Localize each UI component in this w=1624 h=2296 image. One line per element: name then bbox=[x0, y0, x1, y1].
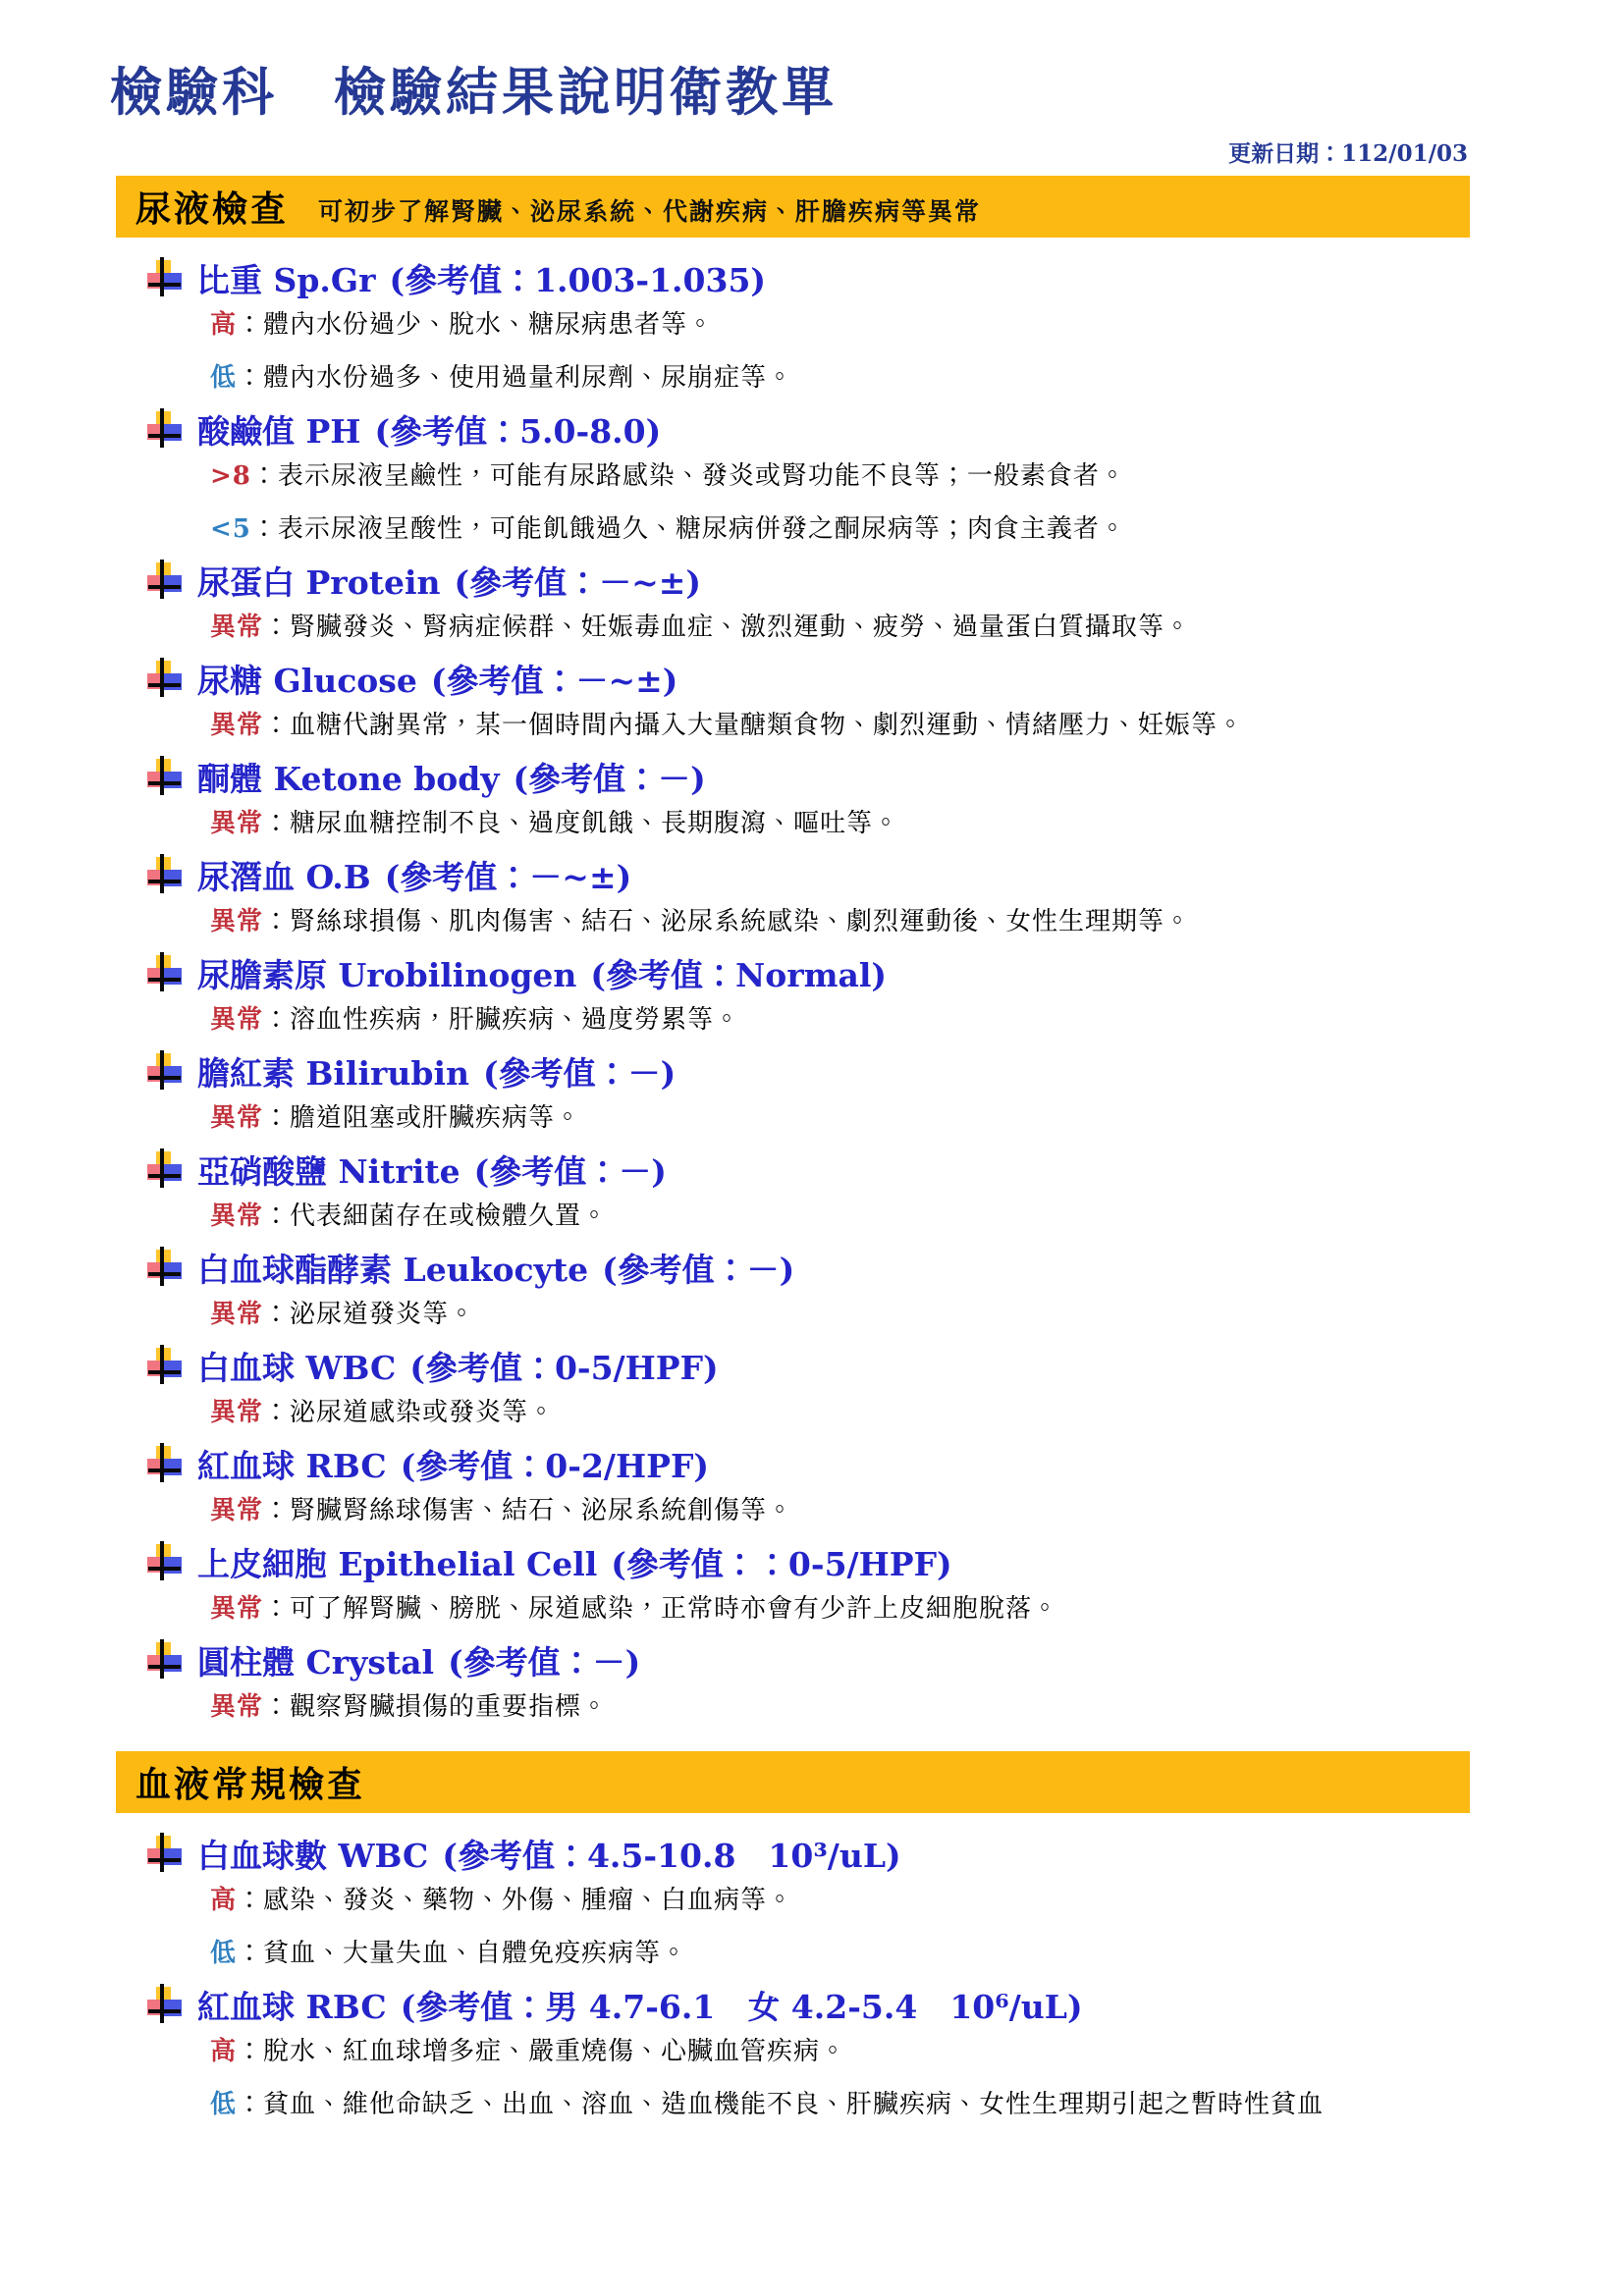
test-item-heading: 白血球數 WBC (參考值：4.5-10.8 10³/uL) bbox=[147, 1831, 1470, 1876]
test-notes: >8：表示尿液呈鹼性，可能有尿路感染、發炎或腎功能不良等；一般素食者。 <5：表… bbox=[147, 457, 1470, 548]
bullet-blue-square bbox=[163, 1262, 182, 1279]
test-item-heading: 尿蛋白 Protein (參考值：－~±) bbox=[147, 558, 1470, 603]
section: 尿液檢查 可初步了解腎臟、泌尿系統、代謝疾病、肝膽疾病等異常 比重 Sp.Gr … bbox=[116, 176, 1470, 1726]
cross-squares-bullet-icon bbox=[147, 408, 182, 450]
note-line: 異常：觀察腎臟損傷的重要指標。 bbox=[210, 1688, 1470, 1726]
section-items: 白血球數 WBC (參考值：4.5-10.8 10³/uL) 高：感染、發炎、藥… bbox=[116, 1813, 1470, 2123]
test-name: 紅血球 RBC bbox=[197, 1982, 387, 2028]
note-label: 低 bbox=[210, 1939, 237, 1968]
test-ref: (參考值：5.0-8.0) bbox=[374, 406, 661, 453]
test-name: 尿潛血 O.B bbox=[197, 852, 371, 898]
update-date: 更新日期：112/01/03 bbox=[116, 135, 1468, 168]
note-label: 低 bbox=[210, 363, 237, 393]
bullet-cross-vertical bbox=[160, 1050, 164, 1090]
test-item: 尿潛血 O.B (參考值：－~±) 異常：腎絲球損傷、肌肉傷害、結石、泌尿系統感… bbox=[147, 852, 1470, 940]
bullet-cross-horizontal bbox=[148, 1272, 181, 1276]
bullet-blue-square bbox=[163, 424, 182, 441]
note-text: ：貧血、大量失血、自體免疫疾病等。 bbox=[237, 1939, 687, 1968]
note-label: 異常 bbox=[210, 1692, 263, 1722]
test-item-heading: 紅血球 RBC (參考值：0-2/HPF) bbox=[147, 1441, 1470, 1486]
cross-squares-bullet-icon bbox=[147, 1541, 182, 1582]
test-ref: (參考值：－~±) bbox=[454, 558, 701, 604]
note-label: 異常 bbox=[210, 1005, 263, 1035]
bullet-cross-horizontal bbox=[148, 880, 181, 883]
note-line: >8：表示尿液呈鹼性，可能有尿路感染、發炎或腎功能不良等；一般素食者。 bbox=[210, 457, 1470, 495]
test-name: 尿蛋白 Protein bbox=[197, 558, 440, 604]
cross-squares-bullet-icon bbox=[147, 1984, 182, 2025]
cross-squares-bullet-icon bbox=[147, 1443, 182, 1484]
bullet-cross-horizontal bbox=[148, 1665, 181, 1669]
test-item: 白血球 WBC (參考值：0-5/HPF) 異常：泌尿道感染或發炎等。 bbox=[147, 1343, 1470, 1431]
bullet-cross-vertical bbox=[160, 408, 164, 448]
note-label: 異常 bbox=[210, 1594, 263, 1624]
cross-squares-bullet-icon bbox=[147, 854, 182, 895]
note-line: 低：貧血、維他命缺乏、出血、溶血、造血機能不良、肝臟疾病、女性生理期引起之暫時性… bbox=[210, 2086, 1470, 2123]
test-item-heading: 酸鹼值 PH (參考值：5.0-8.0) bbox=[147, 406, 1470, 452]
note-text: ：觀察腎臟損傷的重要指標。 bbox=[263, 1692, 608, 1722]
test-item-heading: 比重 Sp.Gr (參考值：1.003-1.035) bbox=[147, 255, 1470, 300]
test-item: 圓柱體 Crystal (參考值：－) 異常：觀察腎臟損傷的重要指標。 bbox=[147, 1637, 1470, 1726]
bullet-cross-horizontal bbox=[148, 585, 181, 589]
test-item: 尿蛋白 Protein (參考值：－~±) 異常：腎臟發炎、腎病症候群、妊娠毒血… bbox=[147, 558, 1470, 646]
test-name: 膽紅素 Bilirubin bbox=[197, 1048, 469, 1095]
bullet-cross-horizontal bbox=[148, 2009, 181, 2013]
section-title: 尿液檢查 bbox=[135, 182, 289, 232]
test-notes: 異常：血糖代謝異常，某一個時間內攝入大量醣類食物、劇烈運動、情緒壓力、妊娠等。 bbox=[147, 707, 1470, 744]
test-item-heading: 上皮細胞 Epithelial Cell (參考值：：0-5/HPF) bbox=[147, 1539, 1470, 1584]
cross-squares-bullet-icon bbox=[147, 1247, 182, 1288]
cross-squares-bullet-icon bbox=[147, 756, 182, 797]
test-name: 上皮細胞 Epithelial Cell bbox=[197, 1539, 597, 1585]
bullet-cross-vertical bbox=[160, 1345, 164, 1384]
cross-squares-bullet-icon bbox=[147, 952, 182, 993]
cross-squares-bullet-icon bbox=[147, 560, 182, 601]
test-item: 白血球數 WBC (參考值：4.5-10.8 10³/uL) 高：感染、發炎、藥… bbox=[147, 1831, 1470, 1972]
test-notes: 異常：腎臟發炎、腎病症候群、妊娠毒血症、激烈運動、疲勞、過量蛋白質攝取等。 bbox=[147, 609, 1470, 646]
bullet-cross-horizontal bbox=[148, 1174, 181, 1178]
note-label: 高 bbox=[210, 1886, 237, 1915]
test-name: 比重 Sp.Gr bbox=[197, 255, 375, 301]
bullet-cross-horizontal bbox=[148, 1076, 181, 1080]
cross-squares-bullet-icon bbox=[147, 1639, 182, 1681]
cross-squares-bullet-icon bbox=[147, 658, 182, 699]
test-notes: 高：感染、發炎、藥物、外傷、腫瘤、白血病等。 低：貧血、大量失血、自體免疫疾病等… bbox=[147, 1882, 1470, 1972]
note-line: 低：體內水份過多、使用過量利尿劑、尿崩症等。 bbox=[210, 359, 1470, 397]
test-item-heading: 白血球 WBC (參考值：0-5/HPF) bbox=[147, 1343, 1470, 1388]
note-text: ：溶血性疾病，肝臟疾病、過度勞累等。 bbox=[263, 1005, 740, 1035]
test-ref: (參考值：男 4.7-6.1 女 4.2-5.4 10⁶/uL) bbox=[401, 1982, 1083, 2028]
test-ref: (參考值：4.5-10.8 10³/uL) bbox=[442, 1831, 900, 1877]
test-item: 紅血球 RBC (參考值：男 4.7-6.1 女 4.2-5.4 10⁶/uL)… bbox=[147, 1982, 1470, 2123]
test-item-heading: 尿糖 Glucose (參考值：－~±) bbox=[147, 656, 1470, 701]
test-notes: 異常：觀察腎臟損傷的重要指標。 bbox=[147, 1688, 1470, 1726]
note-line: 異常：可了解腎臟、膀胱、尿道感染，正常時亦會有少許上皮細胞脫落。 bbox=[210, 1590, 1470, 1628]
test-notes: 高：體內水份過少、脫水、糖尿病患者等。 低：體內水份過多、使用過量利尿劑、尿崩症… bbox=[147, 306, 1470, 397]
note-line: 異常：泌尿道感染或發炎等。 bbox=[210, 1394, 1470, 1431]
bullet-cross-vertical bbox=[160, 658, 164, 697]
sections: 尿液檢查 可初步了解腎臟、泌尿系統、代謝疾病、肝膽疾病等異常 比重 Sp.Gr … bbox=[116, 176, 1470, 2123]
note-text: ：泌尿道發炎等。 bbox=[263, 1300, 475, 1329]
test-name: 白血球 WBC bbox=[197, 1343, 396, 1389]
note-line: 異常：膽道阻塞或肝臟疾病等。 bbox=[210, 1099, 1470, 1137]
note-text: ：泌尿道感染或發炎等。 bbox=[263, 1398, 555, 1427]
note-label: 異常 bbox=[210, 1496, 263, 1525]
note-line: 高：脫水、紅血球增多症、嚴重燒傷、心臟血管疾病。 bbox=[210, 2033, 1470, 2070]
section: 血液常規檢查 白血球數 WBC (參考值：4.5-10.8 10³/uL) 高：… bbox=[116, 1751, 1470, 2123]
note-text: ：貧血、維他命缺乏、出血、溶血、造血機能不良、肝臟疾病、女性生理期引起之暫時性貧… bbox=[237, 2090, 1324, 2119]
bullet-blue-square bbox=[163, 673, 182, 690]
bullet-cross-vertical bbox=[160, 1148, 164, 1188]
test-ref: (參考值：－) bbox=[514, 754, 706, 800]
test-item: 上皮細胞 Epithelial Cell (參考值：：0-5/HPF) 異常：可… bbox=[147, 1539, 1470, 1628]
test-notes: 異常：膽道阻塞或肝臟疾病等。 bbox=[147, 1099, 1470, 1137]
bullet-cross-horizontal bbox=[148, 283, 181, 287]
test-name: 酸鹼值 PH bbox=[197, 406, 360, 453]
test-item: 紅血球 RBC (參考值：0-2/HPF) 異常：腎臟腎絲球傷害、結石、泌尿系統… bbox=[147, 1441, 1470, 1529]
note-line: 低：貧血、大量失血、自體免疫疾病等。 bbox=[210, 1935, 1470, 1972]
bullet-cross-horizontal bbox=[148, 978, 181, 982]
note-label: 異常 bbox=[210, 1398, 263, 1427]
note-text: ：腎絲球損傷、肌肉傷害、結石、泌尿系統感染、劇烈運動後、女性生理期等。 bbox=[263, 907, 1191, 936]
test-ref: (參考值：－) bbox=[448, 1637, 640, 1683]
test-item: 酸鹼值 PH (參考值：5.0-8.0) >8：表示尿液呈鹼性，可能有尿路感染、… bbox=[147, 406, 1470, 548]
test-item-heading: 白血球酯酵素 Leukocyte (參考值：－) bbox=[147, 1245, 1470, 1290]
bullet-blue-square bbox=[163, 1655, 182, 1672]
test-item-heading: 紅血球 RBC (參考值：男 4.7-6.1 女 4.2-5.4 10⁶/uL) bbox=[147, 1982, 1470, 2027]
test-name: 尿膽素原 Urobilinogen bbox=[197, 950, 576, 996]
test-item-heading: 酮體 Ketone body (參考值：－) bbox=[147, 754, 1470, 799]
note-label: 低 bbox=[210, 2090, 237, 2119]
note-line: 異常：腎臟發炎、腎病症候群、妊娠毒血症、激烈運動、疲勞、過量蛋白質攝取等。 bbox=[210, 609, 1470, 646]
note-label: <5 bbox=[210, 514, 251, 544]
cross-squares-bullet-icon bbox=[147, 1050, 182, 1092]
test-item: 膽紅素 Bilirubin (參考值：－) 異常：膽道阻塞或肝臟疾病等。 bbox=[147, 1048, 1470, 1137]
note-line: 異常：血糖代謝異常，某一個時間內攝入大量醣類食物、劇烈運動、情緒壓力、妊娠等。 bbox=[210, 707, 1470, 744]
bullet-cross-horizontal bbox=[148, 1468, 181, 1472]
test-ref: (參考值：1.003-1.035) bbox=[389, 255, 766, 301]
bullet-cross-horizontal bbox=[148, 434, 181, 438]
bullet-cross-vertical bbox=[160, 257, 164, 296]
test-notes: 異常：溶血性疾病，肝臟疾病、過度勞累等。 bbox=[147, 1001, 1470, 1039]
bullet-blue-square bbox=[163, 1164, 182, 1181]
note-label: 異常 bbox=[210, 1103, 263, 1133]
test-ref: (參考值：－) bbox=[602, 1245, 794, 1291]
bullet-cross-vertical bbox=[160, 952, 164, 991]
test-item: 白血球酯酵素 Leukocyte (參考值：－) 異常：泌尿道發炎等。 bbox=[147, 1245, 1470, 1333]
test-name: 圓柱體 Crystal bbox=[197, 1637, 434, 1683]
bullet-cross-vertical bbox=[160, 1443, 164, 1482]
bullet-blue-square bbox=[163, 968, 182, 985]
note-line: 異常：溶血性疾病，肝臟疾病、過度勞累等。 bbox=[210, 1001, 1470, 1039]
test-ref: (參考值：－) bbox=[483, 1048, 676, 1095]
test-item: 酮體 Ketone body (參考值：－) 異常：糖尿血糖控制不良、過度飢餓、… bbox=[147, 754, 1470, 842]
bullet-blue-square bbox=[163, 772, 182, 788]
test-notes: 異常：腎臟腎絲球傷害、結石、泌尿系統創傷等。 bbox=[147, 1492, 1470, 1529]
note-line: 高：體內水份過少、脫水、糖尿病患者等。 bbox=[210, 306, 1470, 344]
note-text: ：代表細菌存在或檢體久置。 bbox=[263, 1201, 608, 1231]
test-ref: (參考值：－) bbox=[474, 1147, 667, 1193]
bullet-blue-square bbox=[163, 1066, 182, 1083]
test-notes: 異常：可了解腎臟、膀胱、尿道感染，正常時亦會有少許上皮細胞脫落。 bbox=[147, 1590, 1470, 1628]
cross-squares-bullet-icon bbox=[147, 1833, 182, 1874]
test-item-heading: 尿潛血 O.B (參考值：－~±) bbox=[147, 852, 1470, 897]
note-line: 異常：泌尿道發炎等。 bbox=[210, 1296, 1470, 1333]
note-text: ：糖尿血糖控制不良、過度飢餓、長期腹瀉、嘔吐等。 bbox=[263, 809, 899, 838]
test-item: 尿膽素原 Urobilinogen (參考值：Normal) 異常：溶血性疾病，… bbox=[147, 950, 1470, 1039]
bullet-cross-vertical bbox=[160, 1639, 164, 1679]
bullet-cross-vertical bbox=[160, 854, 164, 893]
test-name: 白血球酯酵素 Leukocyte bbox=[197, 1245, 588, 1291]
note-text: ：體內水份過多、使用過量利尿劑、尿崩症等。 bbox=[237, 363, 793, 393]
note-label: 異常 bbox=[210, 613, 263, 642]
bullet-cross-vertical bbox=[160, 756, 164, 795]
cross-squares-bullet-icon bbox=[147, 1345, 182, 1386]
test-item: 尿糖 Glucose (參考值：－~±) 異常：血糖代謝異常，某一個時間內攝入大… bbox=[147, 656, 1470, 744]
test-item: 比重 Sp.Gr (參考值：1.003-1.035) 高：體內水份過少、脫水、糖… bbox=[147, 255, 1470, 397]
bullet-blue-square bbox=[163, 1848, 182, 1865]
document-page: 檢驗科 檢驗結果說明衛教單 更新日期：112/01/03 尿液檢查 可初步了解腎… bbox=[0, 0, 1624, 2296]
bullet-cross-vertical bbox=[160, 560, 164, 599]
note-text: ：可了解腎臟、膀胱、尿道感染，正常時亦會有少許上皮細胞脫落。 bbox=[263, 1594, 1058, 1624]
note-line: 異常：代表細菌存在或檢體久置。 bbox=[210, 1198, 1470, 1235]
note-text: ：血糖代謝異常，某一個時間內攝入大量醣類食物、劇烈運動、情緒壓力、妊娠等。 bbox=[263, 711, 1244, 740]
bullet-blue-square bbox=[163, 2000, 182, 2016]
note-label: 高 bbox=[210, 310, 237, 340]
document-content: 檢驗科 檢驗結果說明衛教單 更新日期：112/01/03 尿液檢查 可初步了解腎… bbox=[116, 0, 1470, 2123]
bullet-cross-horizontal bbox=[148, 1858, 181, 1862]
cross-squares-bullet-icon bbox=[147, 1148, 182, 1190]
note-label: 異常 bbox=[210, 1201, 263, 1231]
test-ref: (參考值：－~±) bbox=[385, 852, 632, 898]
test-name: 白血球數 WBC bbox=[197, 1831, 428, 1877]
note-text: ：表示尿液呈酸性，可能飢餓過久、糖尿病併發之酮尿病等；肉食主義者。 bbox=[251, 514, 1126, 544]
note-text: ：膽道阻塞或肝臟疾病等。 bbox=[263, 1103, 581, 1133]
note-label: 異常 bbox=[210, 1300, 263, 1329]
cross-squares-bullet-icon bbox=[147, 257, 182, 298]
test-ref: (參考值：：0-5/HPF) bbox=[611, 1539, 951, 1585]
note-line: 異常：腎臟腎絲球傷害、結石、泌尿系統創傷等。 bbox=[210, 1492, 1470, 1529]
section-subtitle: 可初步了解腎臟、泌尿系統、代謝疾病、肝膽疾病等異常 bbox=[318, 192, 981, 228]
section-header-bar: 尿液檢查 可初步了解腎臟、泌尿系統、代謝疾病、肝膽疾病等異常 bbox=[116, 176, 1470, 238]
page-title: 檢驗科 檢驗結果說明衛教單 bbox=[110, 0, 1470, 126]
test-name: 酮體 Ketone body bbox=[197, 754, 500, 800]
bullet-blue-square bbox=[163, 1459, 182, 1475]
test-ref: (參考值：0-5/HPF) bbox=[409, 1343, 718, 1389]
note-label: >8 bbox=[210, 461, 251, 491]
test-notes: 高：脫水、紅血球增多症、嚴重燒傷、心臟血管疾病。 低：貧血、維他命缺乏、出血、溶… bbox=[147, 2033, 1470, 2123]
test-notes: 異常：泌尿道感染或發炎等。 bbox=[147, 1394, 1470, 1431]
test-item-heading: 圓柱體 Crystal (參考值：－) bbox=[147, 1637, 1470, 1682]
test-ref: (參考值：0-2/HPF) bbox=[401, 1441, 709, 1487]
test-name: 亞硝酸鹽 Nitrite bbox=[197, 1147, 460, 1193]
note-label: 異常 bbox=[210, 711, 263, 740]
test-name: 尿糖 Glucose bbox=[197, 656, 417, 702]
note-line: 異常：腎絲球損傷、肌肉傷害、結石、泌尿系統感染、劇烈運動後、女性生理期等。 bbox=[210, 903, 1470, 940]
test-notes: 異常：腎絲球損傷、肌肉傷害、結石、泌尿系統感染、劇烈運動後、女性生理期等。 bbox=[147, 903, 1470, 940]
section-title: 血液常規檢查 bbox=[135, 1757, 365, 1807]
bullet-cross-vertical bbox=[160, 1984, 164, 2023]
bullet-blue-square bbox=[163, 1361, 182, 1377]
note-line: <5：表示尿液呈酸性，可能飢餓過久、糖尿病併發之酮尿病等；肉食主義者。 bbox=[210, 510, 1470, 548]
bullet-cross-horizontal bbox=[148, 1567, 181, 1571]
section-header-bar: 血液常規檢查 bbox=[116, 1751, 1470, 1813]
bullet-blue-square bbox=[163, 273, 182, 290]
test-name: 紅血球 RBC bbox=[197, 1441, 387, 1487]
bullet-blue-square bbox=[163, 575, 182, 592]
test-notes: 異常：糖尿血糖控制不良、過度飢餓、長期腹瀉、嘔吐等。 bbox=[147, 805, 1470, 842]
bullet-cross-horizontal bbox=[148, 781, 181, 785]
test-item: 亞硝酸鹽 Nitrite (參考值：－) 異常：代表細菌存在或檢體久置。 bbox=[147, 1147, 1470, 1235]
note-label: 異常 bbox=[210, 907, 263, 936]
note-text: ：表示尿液呈鹼性，可能有尿路感染、發炎或腎功能不良等；一般素食者。 bbox=[251, 461, 1126, 491]
note-line: 異常：糖尿血糖控制不良、過度飢餓、長期腹瀉、嘔吐等。 bbox=[210, 805, 1470, 842]
bullet-cross-vertical bbox=[160, 1247, 164, 1286]
test-item-heading: 尿膽素原 Urobilinogen (參考值：Normal) bbox=[147, 950, 1470, 995]
test-ref: (參考值：－~±) bbox=[431, 656, 678, 702]
bullet-cross-horizontal bbox=[148, 683, 181, 687]
test-item-heading: 膽紅素 Bilirubin (參考值：－) bbox=[147, 1048, 1470, 1094]
test-ref: (參考值：Normal) bbox=[590, 950, 887, 996]
note-label: 異常 bbox=[210, 809, 263, 838]
note-text: ：脫水、紅血球增多症、嚴重燒傷、心臟血管疾病。 bbox=[237, 2037, 846, 2066]
bullet-cross-vertical bbox=[160, 1541, 164, 1580]
note-line: 高：感染、發炎、藥物、外傷、腫瘤、白血病等。 bbox=[210, 1882, 1470, 1919]
section-items: 比重 Sp.Gr (參考值：1.003-1.035) 高：體內水份過少、脫水、糖… bbox=[116, 238, 1470, 1726]
bullet-cross-vertical bbox=[160, 1833, 164, 1872]
bullet-cross-horizontal bbox=[148, 1370, 181, 1374]
test-item-heading: 亞硝酸鹽 Nitrite (參考值：－) bbox=[147, 1147, 1470, 1192]
test-notes: 異常：代表細菌存在或檢體久置。 bbox=[147, 1198, 1470, 1235]
note-text: ：體內水份過少、脫水、糖尿病患者等。 bbox=[237, 310, 714, 340]
bullet-blue-square bbox=[163, 870, 182, 886]
note-text: ：腎臟發炎、腎病症候群、妊娠毒血症、激烈運動、疲勞、過量蛋白質攝取等。 bbox=[263, 613, 1191, 642]
note-label: 高 bbox=[210, 2037, 237, 2066]
test-notes: 異常：泌尿道發炎等。 bbox=[147, 1296, 1470, 1333]
bullet-blue-square bbox=[163, 1557, 182, 1574]
note-text: ：腎臟腎絲球傷害、結石、泌尿系統創傷等。 bbox=[263, 1496, 793, 1525]
note-text: ：感染、發炎、藥物、外傷、腫瘤、白血病等。 bbox=[237, 1886, 793, 1915]
